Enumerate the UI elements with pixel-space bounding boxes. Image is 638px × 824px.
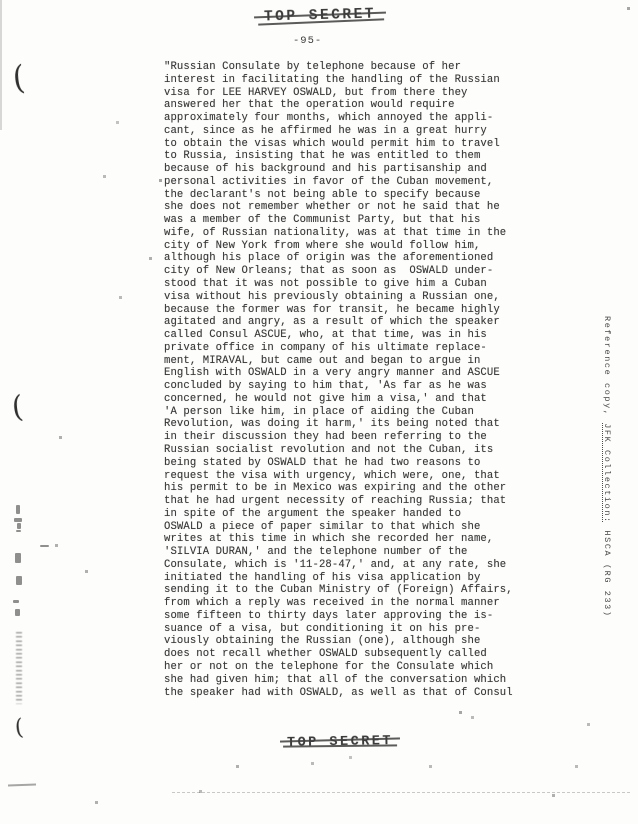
margin-smudge <box>16 576 22 585</box>
margin-smudge <box>14 518 22 522</box>
illegible-margin-note <box>16 632 22 704</box>
document-page: TOP SECRET -95- "Russian Consulate by te… <box>0 0 638 824</box>
margin-smudge <box>13 600 19 603</box>
top-secret-stamp-top: TOP SECRET <box>258 4 382 25</box>
scan-dotted-line-artifact <box>172 792 630 793</box>
annotation-part: Reference copy, <box>602 316 612 423</box>
scan-noise-specks <box>0 0 1 1</box>
classification-label: TOP SECRET <box>287 734 393 751</box>
margin-smudge <box>40 545 49 547</box>
annotation-part: HSCA (RG 233) <box>602 524 612 618</box>
margin-smudge <box>17 523 21 529</box>
margin-smudge <box>16 530 21 532</box>
margin-smudge <box>15 553 21 563</box>
top-secret-stamp-bottom: TOP SECRET <box>285 731 395 751</box>
scan-edge-artifact <box>0 0 2 130</box>
margin-smudge <box>16 505 20 514</box>
archival-reference-annotation: Reference copy, JFK Collection: HSCA (RG… <box>602 316 612 648</box>
scan-dash-artifact <box>8 784 36 787</box>
handwritten-paren-mark: ( <box>14 716 25 739</box>
handwritten-paren-mark: ( <box>11 62 26 95</box>
margin-smudge <box>15 609 20 616</box>
page-number: -95- <box>293 35 322 47</box>
annotation-part: JFK Collection: <box>602 423 612 524</box>
handwritten-paren-mark: ( <box>10 391 24 422</box>
document-body-text: "Russian Consulate by telephone because … <box>164 61 520 699</box>
